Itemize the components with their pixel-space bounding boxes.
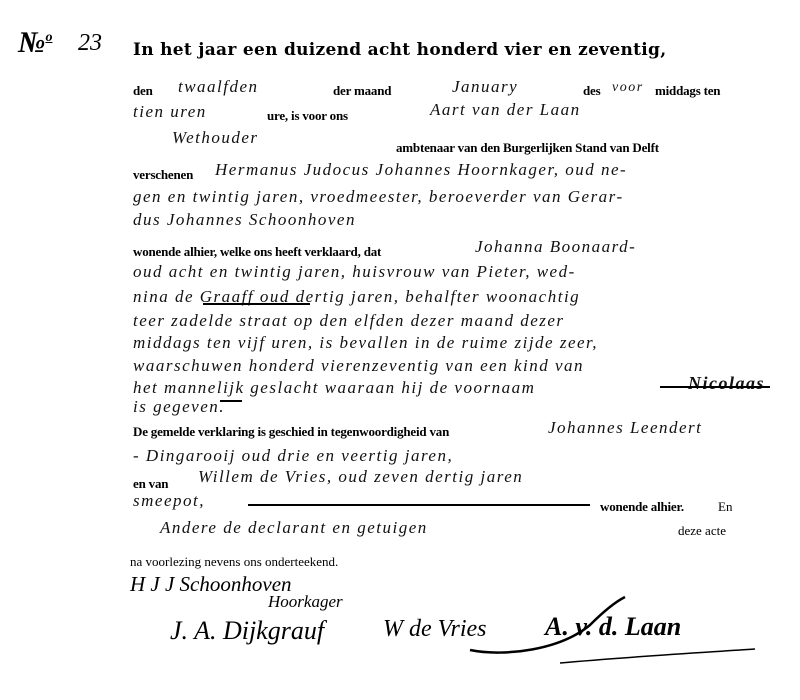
- handwritten-mother: Johanna Boonaard-: [475, 237, 636, 257]
- underline-child-name: [660, 386, 770, 388]
- label-wonende-verklaard: wonende alhier, welke ons heeft verklaar…: [133, 244, 381, 260]
- signature-flourish: [465, 595, 765, 665]
- handwritten-declarant: Hermanus Judocus Johannes Hoornkager, ou…: [215, 160, 627, 180]
- handwritten-day: twaalfden: [178, 77, 259, 97]
- label-en-van: en van: [133, 476, 168, 492]
- handwritten-declarant-line2: gen en twintig jaren, vroedmeester, bero…: [133, 187, 624, 207]
- number-symbol: №: [18, 26, 45, 59]
- handwritten-role: Wethouder: [172, 128, 259, 148]
- label-verschenen: verschenen: [133, 167, 193, 183]
- label-deze-acte: deze acte: [678, 523, 726, 539]
- handwritten-witness2: Willem de Vries, oud zeven dertig jaren: [198, 467, 523, 487]
- handwritten-body-line3: teer zadelde straat op den elfden dezer …: [133, 311, 565, 331]
- handwritten-body-line7: is gegeven.: [133, 397, 225, 417]
- header-line: In het jaar een duizend acht honderd vie…: [133, 40, 666, 60]
- label-gemelde-verklaring: De gemelde verklaring is geschied in teg…: [133, 424, 449, 440]
- label-voorlezing: na voorlezing nevens ons onderteekend.: [130, 554, 338, 570]
- signature-dijkgrauf: J. A. Dijkgrauf: [170, 616, 324, 646]
- handwritten-declarant-line3: dus Johannes Schoonhoven: [133, 210, 356, 230]
- handwritten-andere: Andere de declarant en getuigen: [160, 518, 428, 538]
- certificate-number: 23: [78, 30, 102, 57]
- handwritten-witness1-line2: - Dingarooij oud drie en veertig jaren,: [133, 446, 453, 466]
- handwritten-witness1: Johannes Leendert: [548, 418, 702, 438]
- handwritten-body-line4: middags ten vijf uren, is bevallen in de…: [133, 333, 598, 353]
- handwritten-body-line2: nina de Graaff oud dertig jaren, behalft…: [133, 287, 580, 307]
- label-ure: ure, is voor ons: [267, 108, 348, 124]
- handwritten-hour: tien uren: [133, 102, 207, 122]
- label-des: des: [583, 83, 600, 99]
- label-den: den: [133, 83, 153, 99]
- handwritten-child-name: Nicolaas: [688, 373, 765, 394]
- label-ambtenaar: ambtenaar van den Burgerlijken Stand van…: [396, 140, 659, 156]
- number-superscript-o: o: [45, 30, 52, 45]
- label-der-maand: der maand: [333, 83, 391, 99]
- handwritten-official: Aart van der Laan: [430, 100, 581, 120]
- handwritten-body-line6: het mannelijk geslacht waaraan hij de vo…: [133, 378, 535, 398]
- handwritten-body-line1: oud acht en twintig jaren, huisvrouw van…: [133, 262, 576, 282]
- number-label: №o: [18, 26, 52, 60]
- fill-line: [248, 504, 590, 506]
- handwritten-voor: voor: [612, 80, 644, 96]
- signature-title-hoorkager: Hoorkager: [268, 592, 343, 612]
- handwritten-body-line5: waarschuwen honderd vierenzeventig van e…: [133, 356, 584, 376]
- handwritten-month: January: [452, 77, 518, 97]
- underline-de-graaff: [203, 303, 310, 305]
- label-wonende-alhier: wonende alhier.: [600, 499, 684, 515]
- label-en: En: [718, 499, 732, 515]
- label-middags-ten: middags ten: [655, 83, 720, 99]
- dash-after-gegeven: [220, 400, 242, 402]
- certificate-page: №o 23 In het jaar een duizend acht honde…: [0, 0, 800, 700]
- handwritten-witness2-line2: smeepot,: [133, 491, 205, 511]
